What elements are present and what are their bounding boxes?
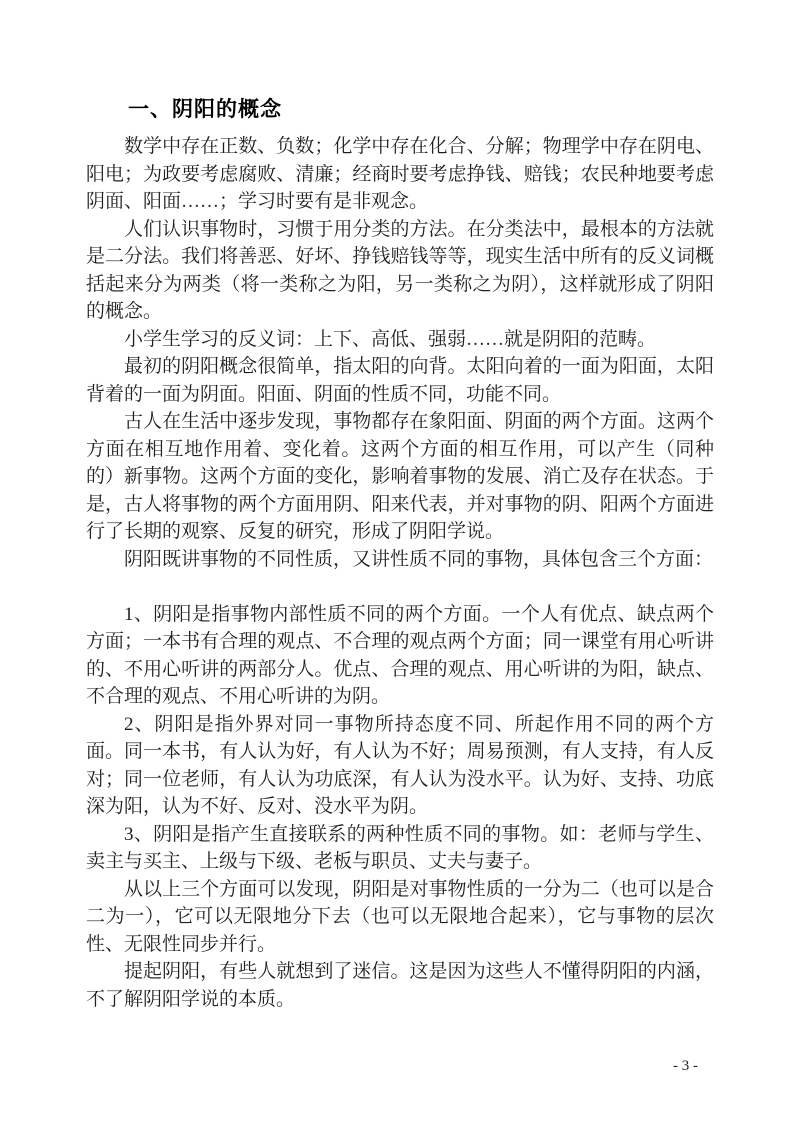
section-heading: 一、阴阳的概念 xyxy=(86,94,714,124)
paragraph: 人们认识事物时，习惯于用分类的方法。在分类法中，最根本的方法就是二分法。我们将善… xyxy=(86,216,714,326)
paragraph-list-item-1: 1、阴阳是指事物内部性质不同的两个方面。一个人有优点、缺点两个方面；一本书有合理… xyxy=(86,601,714,711)
paragraph: 阴阳既讲事物的不同性质，又讲性质不同的事物，具体包含三个方面： xyxy=(86,546,714,574)
paragraph: 数学中存在正数、负数；化学中存在化合、分解；物理学中存在阴电、阳电；为政要考虑腐… xyxy=(86,133,714,216)
blank-line xyxy=(86,573,714,601)
document-page: 一、阴阳的概念 数学中存在正数、负数；化学中存在化合、分解；物理学中存在阴电、阳… xyxy=(0,0,790,1122)
document-content: 一、阴阳的概念 数学中存在正数、负数；化学中存在化合、分解；物理学中存在阴电、阳… xyxy=(86,94,714,1013)
paragraph-list-item-3: 3、阴阳是指产生直接联系的两种性质不同的事物。如：老师与学生、卖主与买主、上级与… xyxy=(86,821,714,876)
paragraph: 最初的阴阳概念很简单，指太阳的向背。太阳向着的一面为阳面，太阳背着的一面为阴面。… xyxy=(86,353,714,408)
paragraph: 提起阴阳，有些人就想到了迷信。这是因为这些人不懂得阴阳的内涵，不了解阴阳学说的本… xyxy=(86,958,714,1013)
paragraph: 从以上三个方面可以发现，阴阳是对事物性质的一分为二（也可以是合二为一），它可以无… xyxy=(86,876,714,959)
page-number: - 3 - xyxy=(673,1056,698,1076)
paragraph: 小学生学习的反义词：上下、高低、强弱……就是阴阳的范畴。 xyxy=(86,326,714,354)
paragraph: 古人在生活中逐步发现，事物都存在象阳面、阴面的两个方面。这两个方面在相互地作用着… xyxy=(86,408,714,546)
paragraph-list-item-2: 2、阴阳是指外界对同一事物所持态度不同、所起作用不同的两个方面。同一本书，有人认… xyxy=(86,711,714,821)
